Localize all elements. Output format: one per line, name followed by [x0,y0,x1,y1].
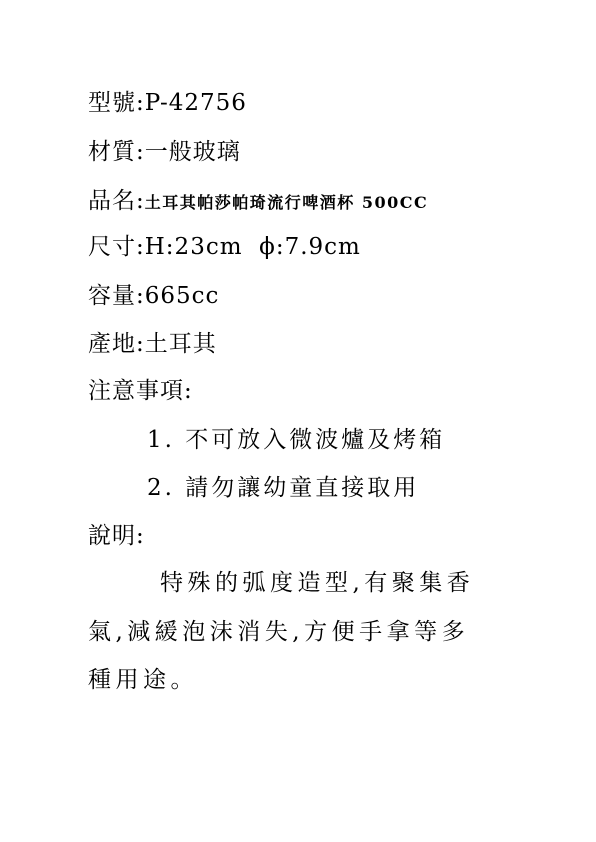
capacity-row: 容量:665cc [88,281,219,311]
material-value: 一般玻璃 [145,139,241,165]
description-line-3: 種用途。 [88,665,198,695]
notes-heading: 注意事項: [88,376,193,406]
model-value: P-42756 [145,90,247,116]
product-name-row: 品名:土耳其帕莎帕琦流行啤酒杯 500CC [88,186,428,218]
description-line-1: 特殊的弧度造型,有聚集香 [160,568,474,598]
origin-value: 土耳其 [145,331,217,357]
size-value: H:23cm ϕ:7.9cm [145,234,361,260]
description-line-2: 氣,減緩泡沫消失,方便手拿等多 [88,617,469,647]
capacity-value: 665cc [145,283,220,309]
size-row: 尺寸:H:23cm ϕ:7.9cm [88,232,361,262]
description-heading: 說明: [88,521,145,551]
origin-label: 產地: [88,331,145,357]
capacity-label: 容量: [88,283,145,309]
product-spec-page: 型號:P-42756 材質:一般玻璃 品名:土耳其帕莎帕琦流行啤酒杯 500CC… [0,0,596,842]
product-name-label: 品名: [88,188,145,214]
material-label: 材質: [88,139,145,165]
model-row: 型號:P-42756 [88,88,247,118]
material-row: 材質:一般玻璃 [88,137,241,167]
size-label: 尺寸: [88,234,145,260]
note-item-1: 1. 不可放入微波爐及烤箱 [147,425,445,455]
model-label: 型號: [88,90,145,116]
origin-row: 產地:土耳其 [88,329,217,359]
note-item-2: 2. 請勿讓幼童直接取用 [147,473,419,503]
product-name-value: 土耳其帕莎帕琦流行啤酒杯 500CC [145,193,428,212]
